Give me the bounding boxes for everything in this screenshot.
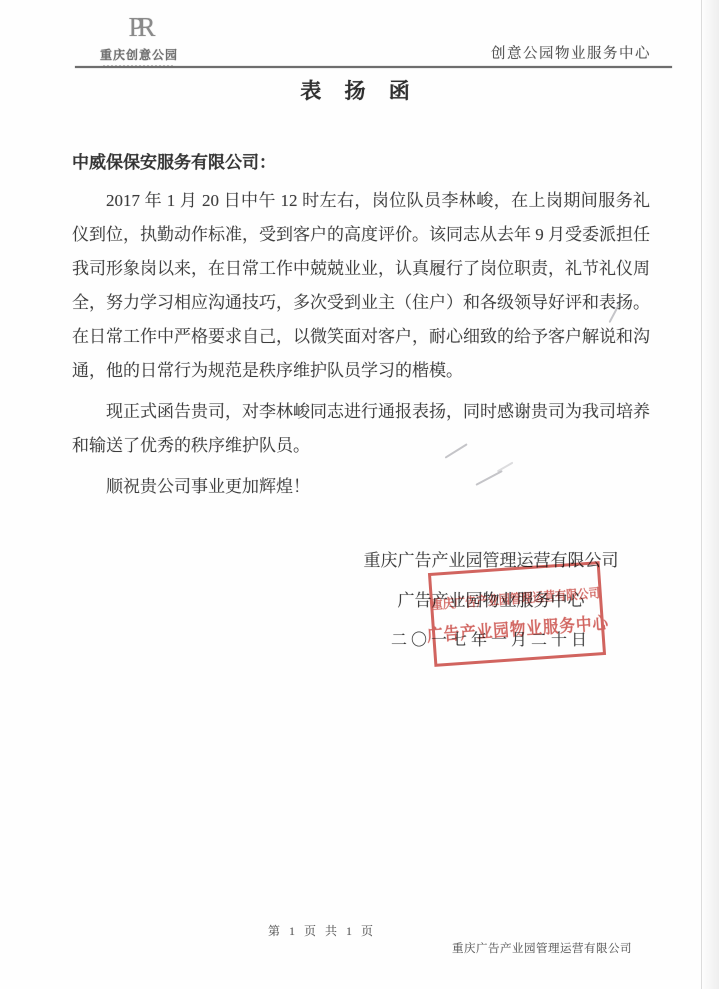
page-title: 表 扬 函 (0, 75, 719, 105)
header-divider (75, 66, 672, 68)
stamp: 重庆广告产业园管理运营有限公司 广告产业园物业服务中心 (428, 561, 606, 667)
stamp-department-line: 广告产业园物业服务中心 (426, 608, 609, 646)
page-number: 第 1 页 共 1 页 (268, 922, 376, 939)
scanned-letter-page: PR 重庆创意公园 创意公园物业服务中心 表 扬 函 中威保保安服务有限公司： … (0, 0, 719, 989)
salutation: 中威保保安服务有限公司： (72, 146, 650, 180)
footer-company: 重庆广告产业园管理运营有限公司 (452, 940, 632, 956)
paragraph-1: 2017 年 1 月 20 日中午 12 时左右，岗位队员李林峻，在上岗期间服务… (72, 184, 650, 388)
paragraph-2: 现正式函告贵司，对李林峻同志进行通报表扬，同时感谢贵司为我司培养和输送了优秀的秩… (72, 395, 650, 463)
creative-park-logo: PR 重庆创意公园 (84, 10, 194, 68)
paragraph-3: 顺祝贵公司事业更加辉煌！ (72, 470, 650, 504)
stamp-company-line: 重庆广告产业园管理运营有限公司 (431, 583, 601, 613)
pr-monogram-icon: PR (117, 10, 161, 44)
scan-edge-shadow (701, 0, 719, 989)
logo-name: 重庆创意公园 (84, 46, 194, 63)
letter-body: 中威保保安服务有限公司： 2017 年 1 月 20 日中午 12 时左右，岗位… (72, 146, 650, 511)
header-right-text: 创意公园物业服务中心 (491, 42, 651, 63)
